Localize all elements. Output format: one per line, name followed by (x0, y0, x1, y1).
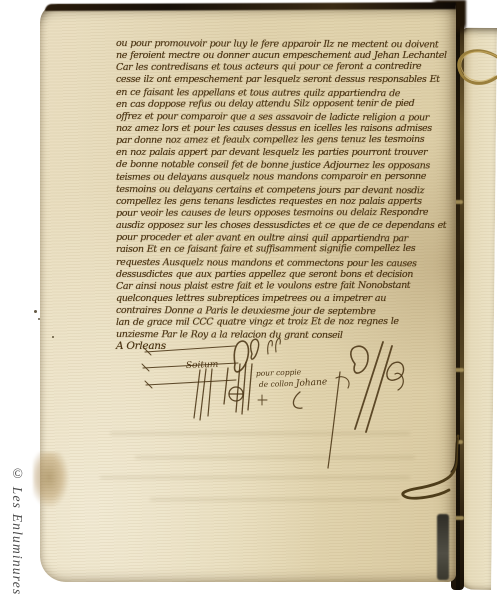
manuscript-line: par donne noz amez et feaulx compellez l… (116, 134, 452, 147)
signature-loop (351, 346, 368, 373)
manuscript-line: ausdiz opposez sur les choses dessusdict… (116, 220, 452, 232)
darkened-top-edge (45, 2, 456, 11)
manuscript-line: lan de grace mil CCC quatre vingz et tro… (116, 316, 452, 329)
signature-tail (328, 372, 340, 468)
flourish-tick (142, 348, 152, 388)
manuscript-line: unziesme Par le Roy a la relacion du gra… (116, 329, 452, 343)
manuscript-line: en noz palais appert par devant lesquelz… (116, 147, 452, 159)
speck (52, 336, 54, 338)
paraph (251, 339, 259, 359)
manuscript-line: quelconques lettres subreptices impetree… (116, 293, 452, 305)
speck (38, 318, 40, 320)
signature-curl (387, 362, 404, 380)
manuscript-line: cesse ilz ont empeschement par lesquelz … (116, 74, 452, 86)
signature-circle (229, 387, 243, 401)
photo-credit: © Les Enluminures (9, 466, 25, 595)
speck (34, 310, 37, 313)
stain (33, 452, 69, 508)
manuscript-page: ou pour promouvoir pour luy le fere appa… (40, 4, 456, 582)
show-through (110, 432, 410, 435)
page-edge-shadow (437, 514, 449, 580)
flourish-stroke (143, 363, 238, 368)
manuscript-line: dessusdictes que aux parties appellez qu… (116, 269, 452, 281)
flourish-stroke (146, 380, 236, 385)
manuscript-line: en cas doppose refus ou delay attendu Si… (116, 98, 452, 111)
manuscript-text-block: ou pour promouvoir pour luy le fere appa… (116, 38, 452, 342)
signature-hook (293, 392, 302, 408)
show-through (150, 498, 400, 501)
signature-curl (395, 373, 403, 390)
show-through (100, 476, 410, 479)
right-signature-name: Johane (294, 377, 328, 389)
closing-place: A Orleans (116, 340, 166, 352)
signature-strokes (194, 369, 212, 420)
left-signature-caption: pour coppie (256, 367, 302, 378)
left-signature-name: Soitum (186, 360, 219, 371)
manuscript-line: teismes ou delayans ausquelz nous mandon… (116, 170, 452, 183)
small-cross (258, 395, 267, 405)
signature-strokes (224, 362, 252, 414)
manuscript-line: pour veoir les causes de leurs opposes t… (116, 207, 452, 220)
left-signature-caption: de collon (259, 379, 294, 389)
manuscript-line: raison Et en ce faisant faire et suffisa… (116, 243, 452, 256)
show-through (135, 456, 415, 459)
signature-curl (336, 377, 349, 388)
manuscript-line: Car les contredisans et tous acteurs qui… (116, 61, 452, 74)
signature-loop (234, 341, 248, 372)
signature-slashes (355, 342, 392, 432)
signatures: Soitum pour coppie de collon Johane (140, 334, 460, 484)
manuscript-photo: © Les Enluminures ou pour promouvoir pou… (0, 0, 497, 600)
manuscript-line: Car ainsi nous plaist estre fait et le v… (116, 280, 452, 293)
